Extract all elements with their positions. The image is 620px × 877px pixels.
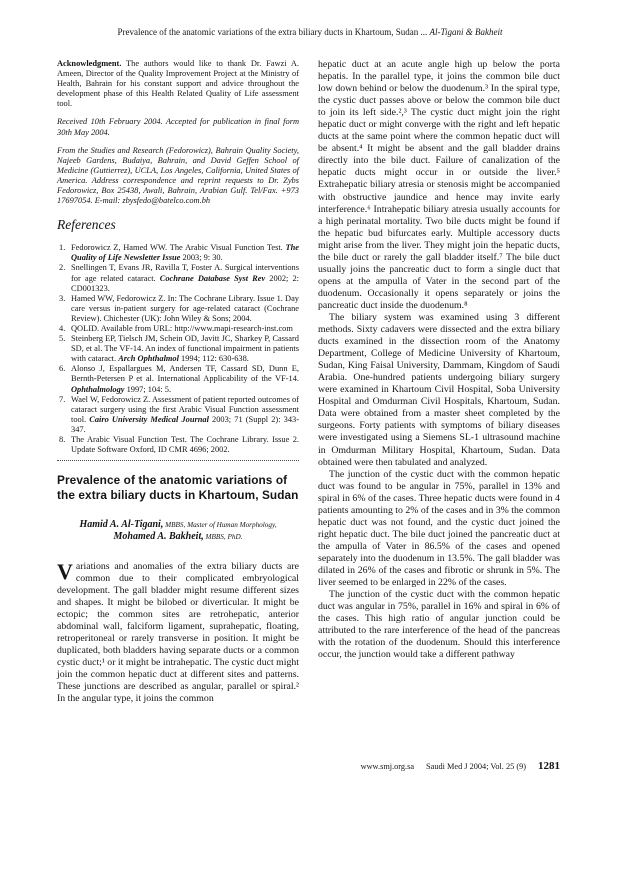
running-head-authors: Al-Tigani & Bakheit [429, 27, 502, 37]
journal-website: www.smj.org.sa [361, 762, 414, 771]
running-head: Prevalence of the anatomic variations of… [30, 27, 590, 37]
reference-item: Hamed WW, Fedorowicz Z. In: The Cochrane… [57, 294, 299, 324]
reference-text: 1997; 104: 5. [125, 385, 172, 394]
drop-cap: V [57, 561, 76, 581]
journal-name: Ophthalmology [71, 385, 125, 394]
article-title: Prevalence of the anatomic variations of… [57, 473, 299, 504]
intro-text: ariations and anomalies of the extra bil… [57, 561, 299, 705]
reference-text: 2003; 9: 30. [180, 253, 222, 262]
affiliation-correspondence: From the Studies and Research (Fedorowic… [57, 146, 299, 207]
reference-list: Fedorowicz Z, Hamed WW. The Arabic Visua… [57, 243, 299, 455]
two-column-layout: Acknowledgment. The authors would like t… [57, 59, 560, 715]
reference-text: Fedorowicz Z, Hamed WW. The Arabic Visua… [71, 243, 286, 252]
reference-text: 1994; 112: 630-638. [179, 354, 249, 363]
right-column: hepatic duct at an acute angle high up b… [318, 59, 560, 715]
reference-item: Snellingen T, Evans JR, Ravilla T, Foste… [57, 263, 299, 293]
reference-item: Wael W, Fedorowicz Z. Assessment of pati… [57, 395, 299, 435]
reference-text: Alonso J, Espallargues M, Andersen TF, C… [71, 364, 299, 383]
reference-item: QOLID. Available from URL: http://www.ma… [57, 324, 299, 334]
reference-text: QOLID. Available from URL: http://www.ma… [71, 324, 293, 333]
left-column: Acknowledgment. The authors would like t… [57, 59, 299, 715]
reference-item: Fedorowicz Z, Hamed WW. The Arabic Visua… [57, 243, 299, 263]
author-name: Hamid A. Al-Tigani, [79, 519, 163, 530]
reference-item: The Arabic Visual Function Test. The Coc… [57, 435, 299, 455]
running-head-title: Prevalence of the anatomic variations of… [118, 27, 430, 37]
author-line: Hamid A. Al-Tigani, MBBS, Master of Huma… [57, 519, 299, 532]
reference-item: Alonso J, Espallargues M, Andersen TF, C… [57, 364, 299, 394]
author-line: Mohamed A. Bakheit, MBBS, PhD. [57, 531, 299, 544]
journal-citation: Saudi Med J 2004; Vol. 25 (9) [426, 762, 526, 771]
received-dates: Received 10th February 2004. Accepted fo… [57, 117, 299, 137]
body-paragraph: hepatic duct at an acute angle high up b… [318, 59, 560, 312]
journal-page: Prevalence of the anatomic variations of… [0, 0, 620, 877]
journal-name: Arch Ophthalmol [118, 354, 179, 363]
intro-paragraph: Variations and anomalies of the extra bi… [57, 561, 299, 706]
reference-text: Hamed WW, Fedorowicz Z. In: The Cochrane… [71, 294, 299, 323]
reference-text: The Arabic Visual Function Test. The Coc… [71, 435, 299, 454]
body-paragraph: The junction of the cystic duct with the… [318, 469, 560, 589]
author-credentials: MBBS, PhD. [204, 533, 243, 541]
dotted-separator [57, 460, 299, 461]
acknowledgment-paragraph: Acknowledgment. The authors would like t… [57, 59, 299, 109]
acknowledgment-label: Acknowledgment. [57, 59, 121, 68]
journal-name: Cairo University Medical Journal [89, 415, 209, 424]
author-name: Mohamed A. Bakheit, [114, 531, 204, 542]
reference-item: Steinberg EP, Tielsch JM, Schein OD, Jav… [57, 334, 299, 364]
body-paragraph: The biliary system was examined using 3 … [318, 312, 560, 469]
author-credentials: MBBS, Master of Human Morphology, [163, 521, 276, 529]
page-number: 1281 [538, 760, 560, 772]
references-heading: References [57, 217, 299, 233]
body-paragraph: The junction of the cystic duct with the… [318, 589, 560, 661]
journal-name: Cochrane Database Syst Rev [160, 274, 265, 283]
article-authors: Hamid A. Al-Tigani, MBBS, Master of Huma… [57, 519, 299, 544]
page-footer: www.smj.org.sa Saudi Med J 2004; Vol. 25… [361, 760, 560, 772]
